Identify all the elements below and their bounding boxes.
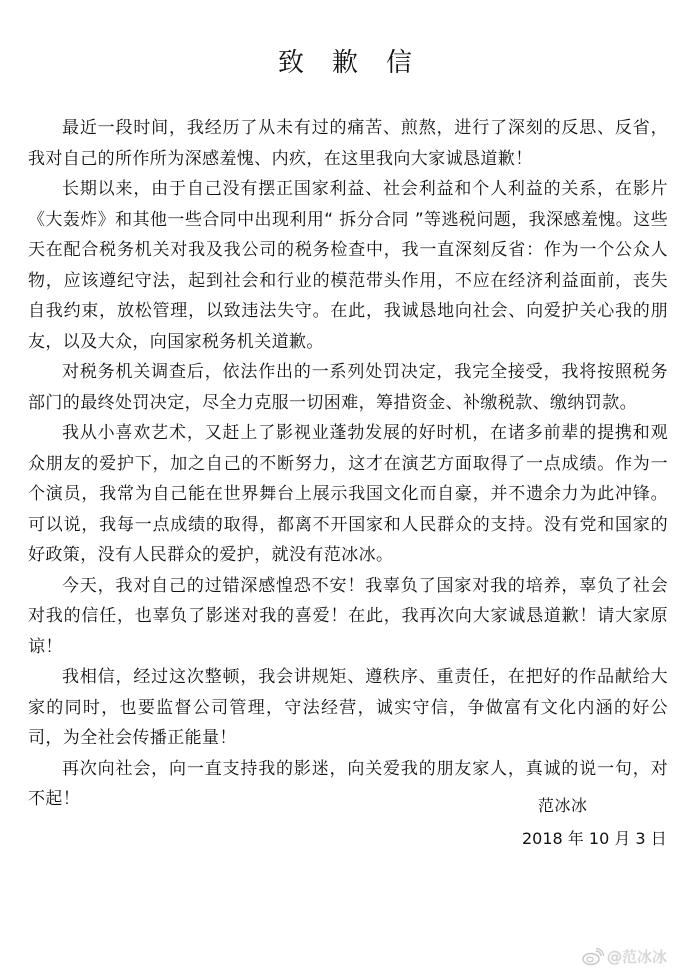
- paragraph-3: 对税务机关调查后，依法作出的一系列处罚决定，我完全接受，我将按照税务部门的最终处…: [28, 357, 668, 418]
- weibo-handle: @范冰冰: [607, 946, 667, 967]
- signature: 范冰冰: [538, 793, 588, 816]
- weibo-watermark: @范冰冰: [582, 946, 667, 967]
- letter-title: 致歉信: [0, 42, 690, 79]
- paragraph-1: 最近一段时间，我经历了从未有过的痛苦、煎熬，进行了深刻的反思、反省，我对自己的所…: [28, 113, 668, 174]
- weibo-icon: [582, 948, 604, 966]
- letter-body: 最近一段时间，我经历了从未有过的痛苦、煎熬，进行了深刻的反思、反省，我对自己的所…: [28, 113, 668, 815]
- paragraph-2: 长期以来，由于自己没有摆正国家利益、社会利益和个人利益的关系，在影片《大轰炸》和…: [28, 174, 668, 357]
- paragraph-5: 今天，我对自己的过错深感惶恐不安！我辜负了国家对我的培养，辜负了社会对我的信任，…: [28, 571, 668, 663]
- letter-page: 致歉信 最近一段时间，我经历了从未有过的痛苦、煎熬，进行了深刻的反思、反省，我对…: [0, 0, 690, 976]
- letter-date: 2018 年 10 月 3 日: [522, 826, 667, 849]
- paragraph-6: 我相信，经过这次整顿，我会讲规矩、遵秩序、重责任，在把好的作品献给大家的同时，也…: [28, 662, 668, 754]
- paragraph-4: 我从小喜欢艺术，又赶上了影视业蓬勃发展的好时机，在诸多前辈的提携和观众朋友的爱护…: [28, 418, 668, 571]
